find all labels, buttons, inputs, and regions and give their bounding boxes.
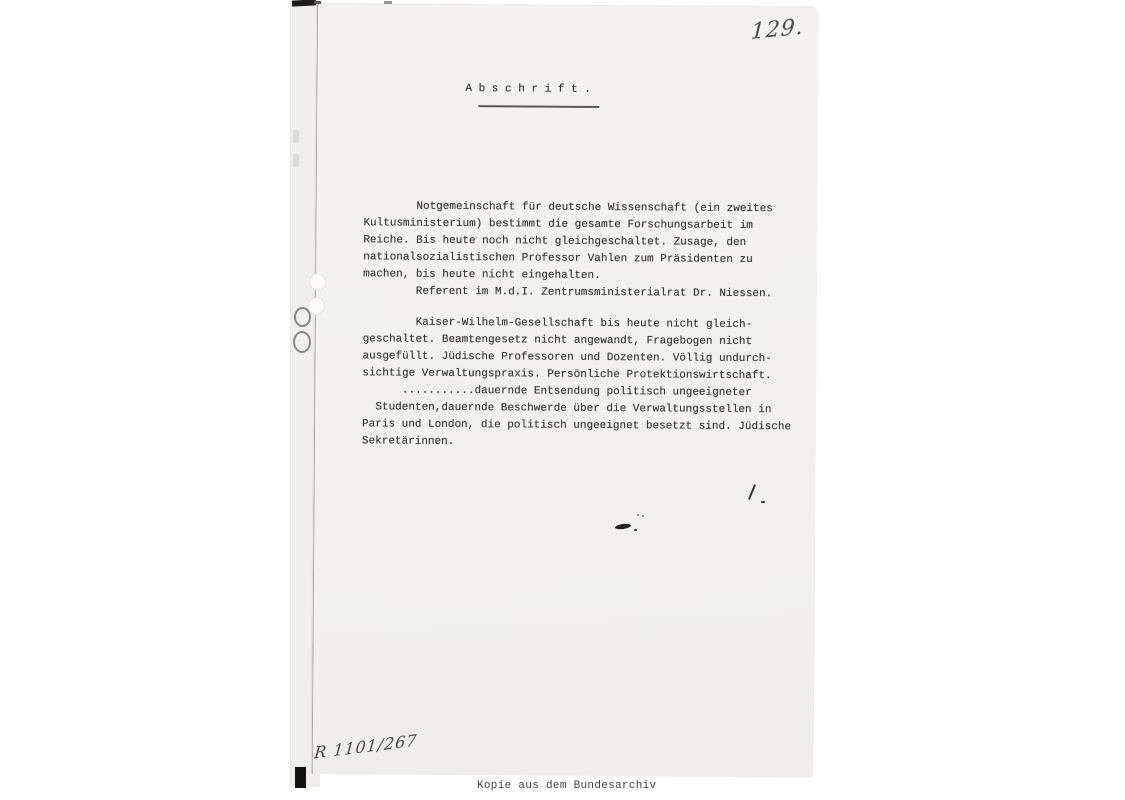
punch-hole bbox=[309, 273, 326, 291]
faint-mark bbox=[293, 130, 299, 143]
ink-dot bbox=[637, 514, 639, 516]
scan-smudge bbox=[314, 1, 321, 4]
ink-dot bbox=[761, 501, 765, 503]
punch-hole-ring bbox=[293, 331, 311, 353]
scan-black-tab bbox=[295, 767, 306, 788]
typed-line: Sekretärinnen. bbox=[362, 433, 791, 453]
paragraph-2: Kaiser-Wilhelm-Gesellschaft bis heute ni… bbox=[362, 263, 792, 453]
faint-mark bbox=[293, 154, 299, 167]
scan-smudge bbox=[384, 1, 392, 4]
title-underline bbox=[478, 105, 599, 108]
ink-dot bbox=[642, 515, 644, 517]
punch-hole bbox=[308, 297, 325, 315]
scan-page: 129. A b s c h r i f t . Notgemeinschaft… bbox=[312, 3, 819, 777]
handwritten-page-number: 129. bbox=[750, 14, 804, 44]
archive-caption: Kopie aus dem Bundesarchiv bbox=[477, 780, 656, 792]
ink-dot bbox=[634, 529, 637, 531]
document-title: A b s c h r i f t . bbox=[465, 83, 591, 96]
